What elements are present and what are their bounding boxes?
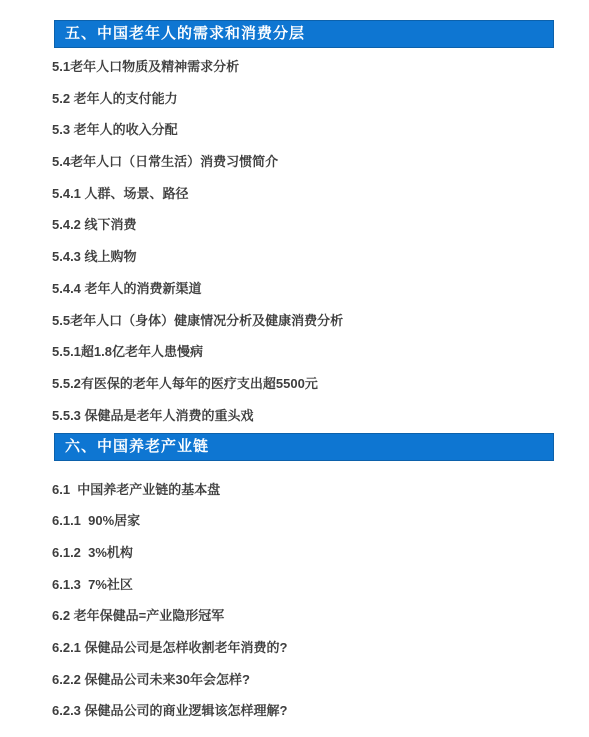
- toc-item: 5.4.1 人群、场景、路径: [52, 187, 553, 201]
- toc-item: 6.1 中国养老产业链的基本盘: [52, 483, 553, 497]
- toc-item: 5.5.1超1.8亿老年人患慢病: [52, 345, 553, 359]
- toc-section-5: 五、中国老年人的需求和消费分层 5.1老年人口物质及精神需求分析5.2 老年人的…: [0, 20, 589, 433]
- toc-list-5: 5.1老年人口物质及精神需求分析5.2 老年人的支付能力5.3 老年人的收入分配…: [0, 48, 589, 433]
- toc-item: 6.1.1 90%居家: [52, 514, 553, 528]
- toc-item: 5.4.4 老年人的消费新渠道: [52, 282, 553, 296]
- toc-item: 5.3 老年人的收入分配: [52, 123, 553, 137]
- section-header-bar-6: 六、中国养老产业链: [54, 433, 554, 461]
- toc-item: 5.2 老年人的支付能力: [52, 92, 553, 106]
- toc-item: 6.1.3 7%社区: [52, 578, 553, 592]
- toc-item: 5.4.3 线上购物: [52, 250, 553, 264]
- section-header-bar-5: 五、中国老年人的需求和消费分层: [54, 20, 554, 48]
- toc-item: 5.5.3 保健品是老年人消费的重头戏: [52, 409, 553, 423]
- toc-item: 6.2.1 保健品公司是怎样收割老年消费的?: [52, 641, 553, 655]
- toc-item: 5.4.2 线下消费: [52, 218, 553, 232]
- toc-list-6: 6.1 中国养老产业链的基本盘6.1.1 90%居家6.1.2 3%机构6.1.…: [0, 461, 589, 729]
- toc-item: 5.4老年人口（日常生活）消费习惯简介: [52, 155, 553, 169]
- toc-item: 6.1.2 3%机构: [52, 546, 553, 560]
- toc-item: 6.2 老年保健品=产业隐形冠军: [52, 609, 553, 623]
- table-of-contents-page: 五、中国老年人的需求和消费分层 5.1老年人口物质及精神需求分析5.2 老年人的…: [0, 0, 589, 728]
- toc-item: 5.1老年人口物质及精神需求分析: [52, 60, 553, 74]
- toc-item: 5.5.2有医保的老年人每年的医疗支出超5500元: [52, 377, 553, 391]
- toc-item: 6.2.3 保健品公司的商业逻辑该怎样理解?: [52, 704, 553, 718]
- toc-section-6: 六、中国养老产业链 6.1 中国养老产业链的基本盘6.1.1 90%居家6.1.…: [0, 433, 589, 729]
- toc-item: 5.5老年人口（身体）健康情况分析及健康消费分析: [52, 314, 553, 328]
- toc-item: 6.2.2 保健品公司未来30年会怎样?: [52, 673, 553, 687]
